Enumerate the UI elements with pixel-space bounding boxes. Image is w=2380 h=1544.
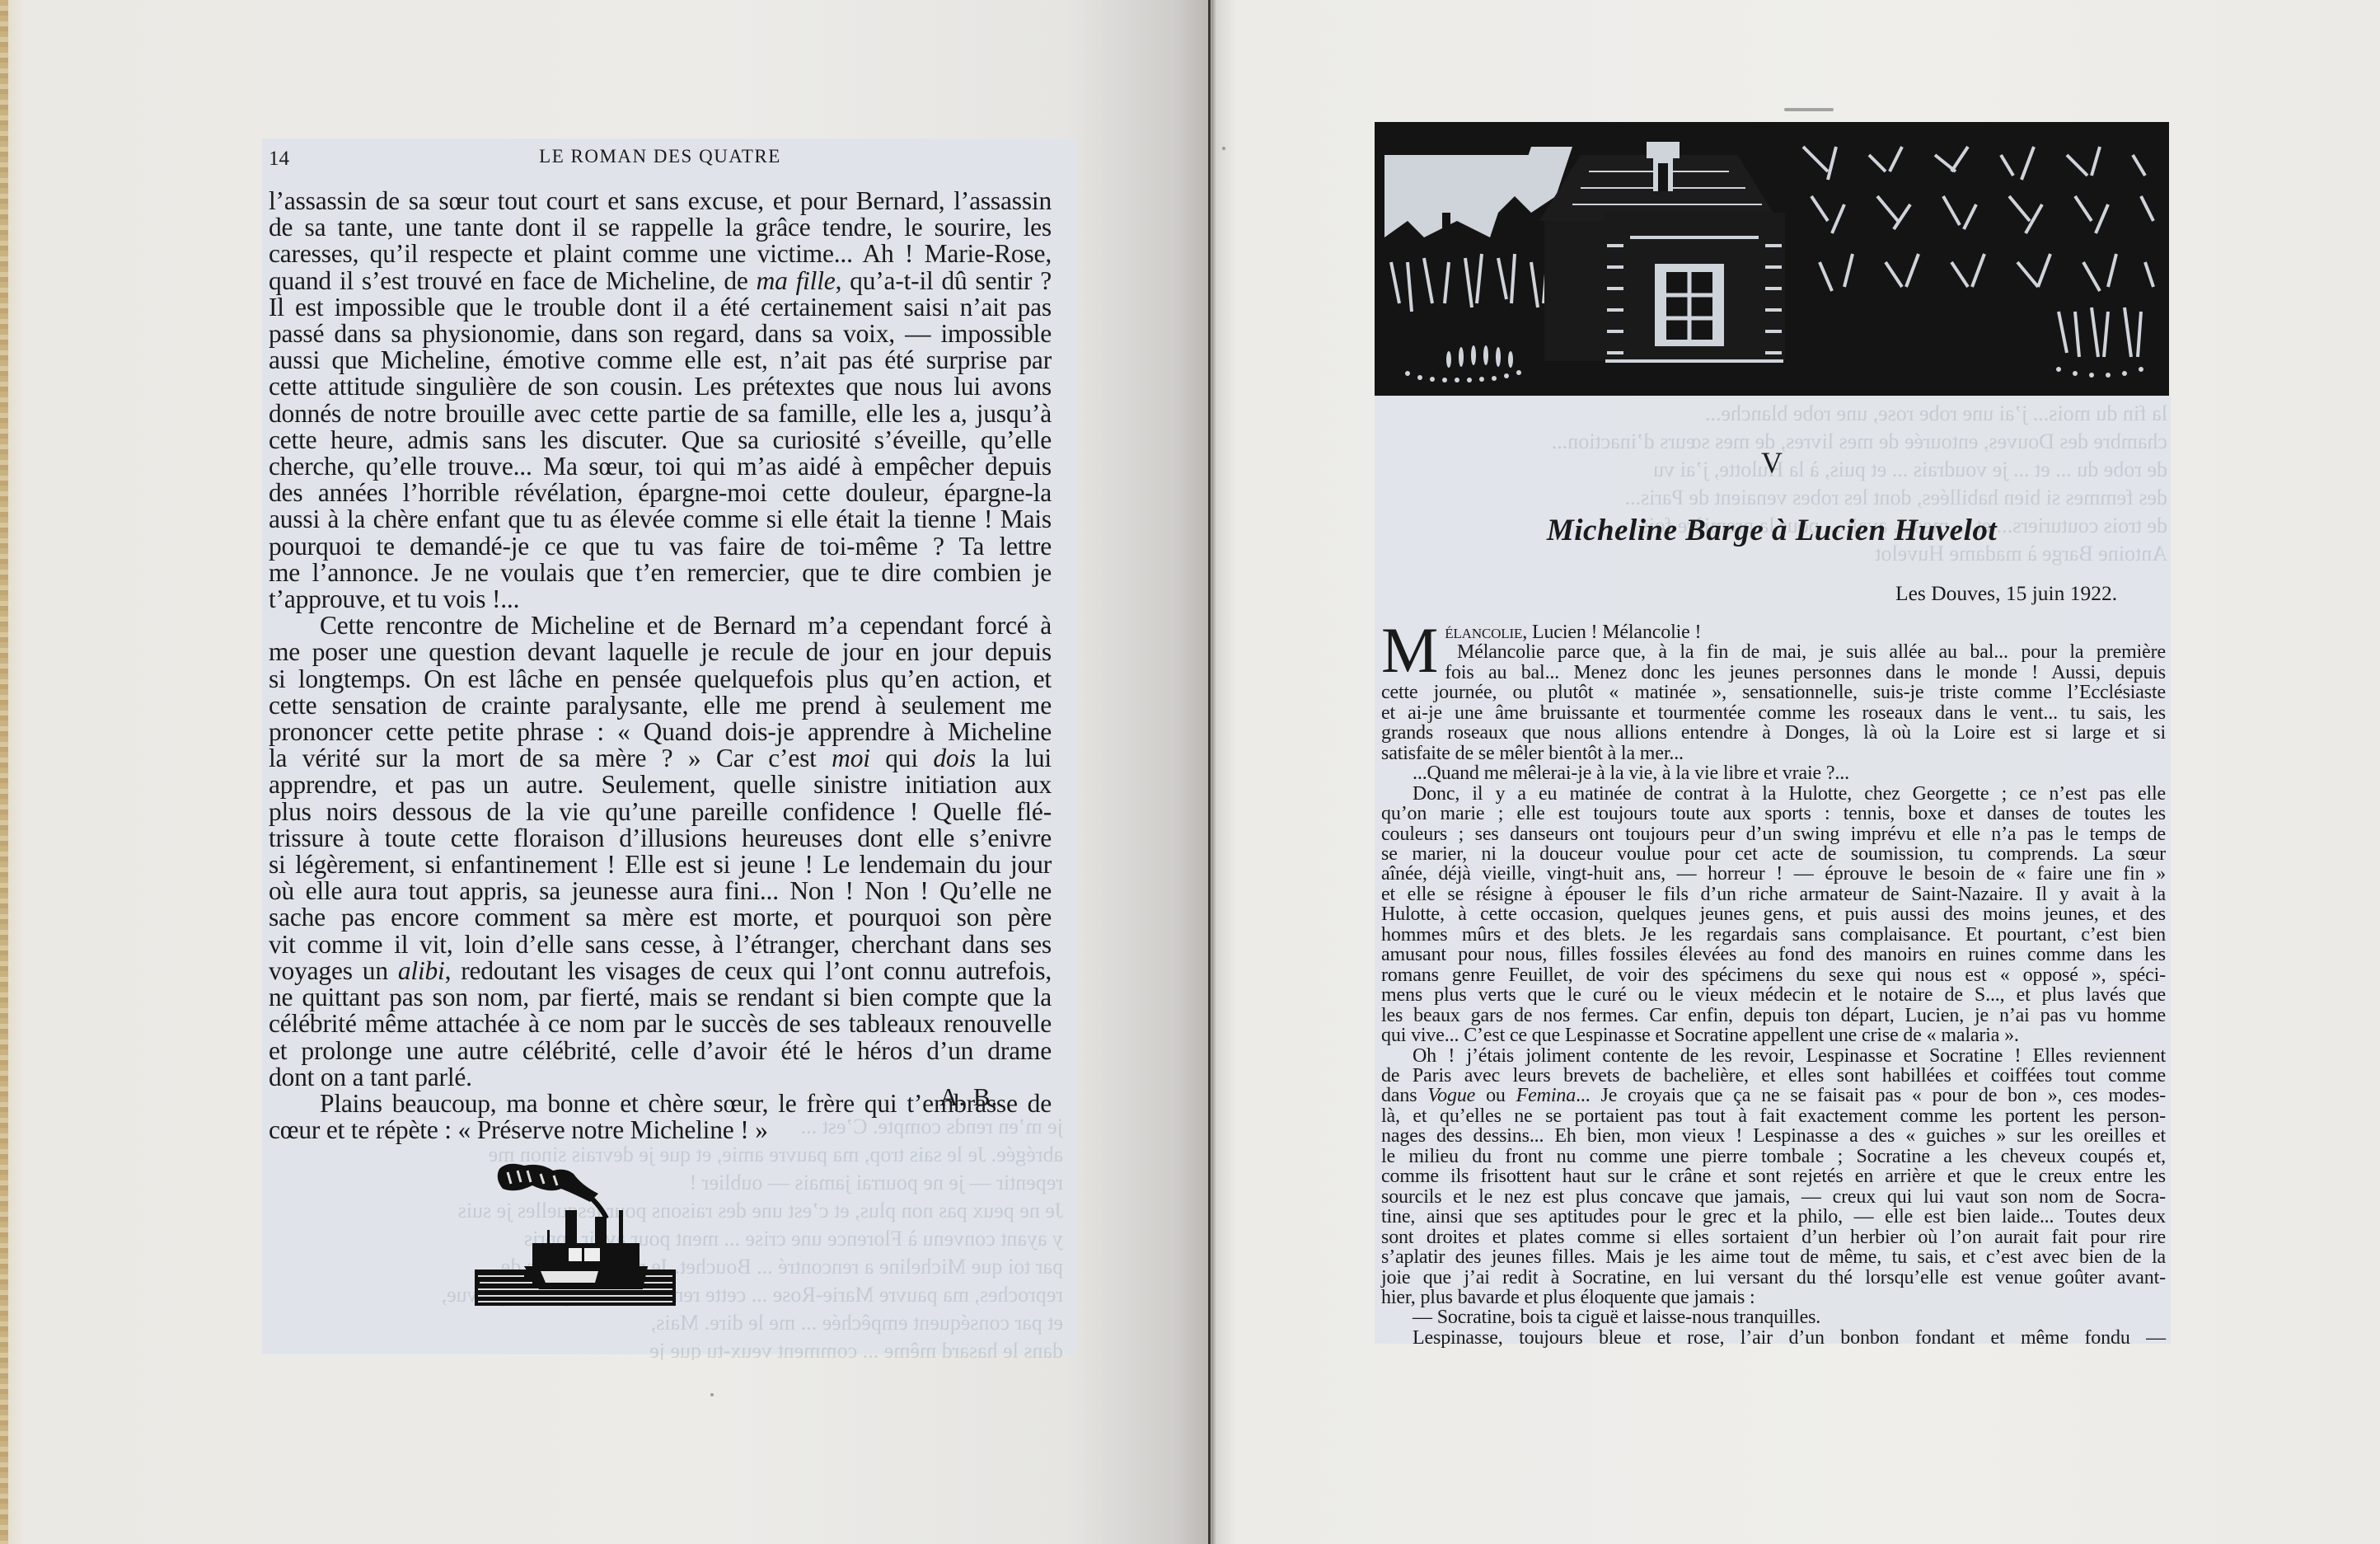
text-line: hommes mûrs et des blets. Je les regarda… [1381,925,2166,945]
right-show-through-text: la fin du mois... j’ai une robe rose, un… [1384,400,2167,598]
text-line: Plains beaucoup, ma bonne et chère sœur,… [269,1091,1052,1117]
drop-cap: M [1381,626,1438,675]
paragraph: Oh ! j’étais joliment contente de les re… [1381,1046,2166,1308]
text-line: sache pas encore comment sa mère est mor… [269,904,1052,931]
text-line: le milieu du front nu comme une pierre t… [1381,1147,2166,1166]
text-line: aussi à la chère enfant que tu as élevée… [269,506,1052,533]
italic-text: ma fille [757,266,836,295]
text-line: et prolonge une autre célébrité, celle d… [269,1038,1052,1064]
text-line: aussi que Micheline, émotive comme elle … [269,347,1052,373]
text-line: cette journée, ou plutôt « matinée », se… [1381,683,2166,702]
text-line: si longtemps. On est lâche en pensée que… [269,666,1052,692]
opening-smallcaps: élancolie [1445,622,1522,643]
signature: A. B. [939,1082,998,1112]
paragraph: Cette rencontre de Micheline et de Berna… [269,612,1052,1091]
paper-speck [710,1393,714,1396]
text-line: trissure à toute cette floraison d’illus… [269,825,1052,852]
text-line: les beaux gars de nos fermes. Car enfin,… [1381,1006,2166,1025]
text-line: Il est impossible que le trouble dont il… [269,294,1052,321]
scan-mark [1784,108,1834,111]
italic-text: dois [933,744,976,772]
italic-text: Vogue [1427,1085,1475,1106]
text-line: et ai-je une âme bruissante et tourmenté… [1381,703,2166,723]
paragraph: — Socratine, bois ta ciguë et laisse-nou… [1381,1307,2166,1327]
text-line: Lespinasse, toujours bleue et rose, l’ai… [1381,1328,2166,1348]
text-line: donnés de notre brouille avec cette part… [269,401,1052,427]
text-line: me poser une question devant laquelle je… [269,639,1052,665]
left-body-text: l’assassin de sa sœur tout court et sans… [269,188,1052,1143]
text-line: où elle aura tout appris, sa jeunesse au… [269,878,1052,904]
paragraph: Donc, il y a eu matinée de contrat à la … [1381,784,2166,1046]
gutter [1208,0,1211,1544]
text-line: vit comme il vit, loin d’elle sans cesse… [269,932,1052,958]
paragraph: Lespinasse, toujours bleue et rose, l’ai… [1381,1328,2166,1348]
running-head-title: LE ROMAN DES QUATRE [269,146,1052,167]
text-line: amusant pour nous, filles fossiles élevé… [1381,945,2166,964]
text-line: Donc, il y a eu matinée de contrat à la … [1381,784,2166,804]
text-line: pourquoi te demandé-je ce que tu vas fai… [269,533,1052,560]
text-line: la vérité sur la mort de sa mère ? » Car… [269,745,1052,772]
italic-text: alibi [398,956,445,985]
text-line: cette heure, admis sans les discuter. Qu… [269,427,1052,453]
text-line: cette sensation de crainte paralysante, … [269,692,1052,719]
book-spread: je m’en rends compte. C’est ... abrégée.… [0,0,2380,1544]
paragraph: Mélancolie parce que, à la fin de mai, j… [1381,642,2166,763]
text-line: l’assassin de sa sœur tout court et sans… [269,188,1052,214]
text-line: cœur et te répète : « Préserve notre Mic… [269,1117,1052,1143]
italic-text: Femina [1516,1085,1576,1106]
text-line: satisfaite de se mêler bientôt à la mer.… [1381,744,2166,763]
text-line: se marier, ni la douceur voulue pour cet… [1381,844,2166,864]
text-line: joie que j’ai redit à Socratine, en lui … [1381,1268,2166,1288]
text-line: grands roseaux que nous allions entendre… [1381,723,2166,743]
text-line: Cette rencontre de Micheline et de Berna… [269,612,1052,639]
text-line: couleurs ; ses danseurs ont toujours peu… [1381,824,2166,844]
text-line: romans genre Feuillet, de voir des spéci… [1381,965,2166,985]
text-line: ne quittant pas son nom, par fierté, mai… [269,984,1052,1011]
text-line: qui vive... C’est ce que Lespinasse et S… [1381,1025,2166,1045]
text-line: quand il s’est trouvé en face de Micheli… [269,268,1052,294]
house-illustration [1375,122,2169,396]
text-line: tine, ainsi que ses aptitudes pour le gr… [1381,1207,2166,1227]
paper-speck [1222,147,1225,150]
text-line: apprendre, et pas un autre. Seulement, q… [269,772,1052,798]
text-line: me l’annonce. Je ne voulais que t’en rem… [269,560,1052,586]
dateline: Les Douves, 15 juin 1922. [1895,581,2117,606]
paragraph: ...Quand me mêlerai-je à la vie, à la vi… [1381,763,2166,783]
text-line: passé dans sa physionomie, dans son rega… [269,321,1052,347]
text-line: nages des dessins... Eh bien, mon vieux … [1381,1126,2166,1146]
text-line: qu’on marie ; elle est toujours toute au… [1381,804,2166,824]
paragraph: Plains beaucoup, ma bonne et chère sœur,… [269,1091,1052,1143]
text-line: là, et qu’elles ne se portaient pas tout… [1381,1106,2166,1126]
text-line: Mélancolie parce que, à la fin de mai, j… [1381,642,2166,662]
text-line: voyages un alibi, redoutant les visages … [269,958,1052,984]
text-line: mens plus verts que le curé ou le vieux … [1381,985,2166,1005]
text-line: ...Quand me mêlerai-je à la vie, à la vi… [1381,763,2166,783]
text-line: célébrité même attachée à ce nom par le … [269,1011,1052,1037]
text-line: sourcils et le nez est plus concave que … [1381,1187,2166,1207]
steamship-illustration [475,1161,676,1306]
text-line: et elle se résigne à épouser le fils d’u… [1381,885,2166,904]
text-line: aînée, déjà vieille, vingt-huit ans, — h… [1381,864,2166,884]
text-line: hier, plus bavarde et plus éloquente que… [1381,1288,2166,1307]
text-line: de Paris avec leurs brevets de bachelièr… [1381,1066,2166,1086]
text-line: dont on a tant parlé. [269,1064,1052,1091]
text-line: fois au bal... Menez donc les jeunes per… [1381,663,2166,683]
text-line: cette attitude singulière de son cousin.… [269,373,1052,400]
text-line: cherche, qu’elle trouve... Ma sœur, toi … [269,453,1052,480]
deckle-edge [0,0,8,1544]
text-line: Oh ! j’étais joliment contente de les re… [1381,1046,2166,1066]
paragraph: l’assassin de sa sœur tout court et sans… [269,188,1052,612]
text-line: — Socratine, bois ta ciguë et laisse-nou… [1381,1307,2166,1327]
text-line: sont droites et plates comme si elles so… [1381,1227,2166,1247]
text-line: si légèrement, si enfantinement ! Elle e… [269,852,1052,878]
opening-line: Mélancolie, Lucien ! Mélancolie ! [1381,622,2166,642]
text-line: prononcer cette petite phrase : « Quand … [269,719,1052,745]
text-line: Hulotte, à cette occasion, quelques jeun… [1381,904,2166,924]
chapter-number: V [1368,445,2176,480]
text-line: des années l’horrible révélation, épargn… [269,480,1052,506]
text-line: de sa tante, une tante dont il se rappel… [269,214,1052,241]
letter-heading: Micheline Barge à Lucien Huvelot [1368,513,2176,548]
right-body-text: Mélancolie, Lucien ! Mélancolie ! Mélanc… [1381,622,2166,1348]
italic-text: moi [832,744,870,772]
text-line: t’approuve, et tu vois !... [269,586,1052,612]
text-line: s’aplatir des jeunes filles. Mais je les… [1381,1247,2166,1267]
text-line: comme ils frisottent haut sur le crâne e… [1381,1166,2166,1186]
text-line: plus noirs dessous de la vie qu’une pare… [269,799,1052,825]
opening-rest: , Lucien ! Mélancolie ! [1522,622,1701,643]
text-line: caresses, qu’il respecte et plaint comme… [269,241,1052,267]
text-line: dans Vogue ou Femina... Je croyais que ç… [1381,1086,2166,1105]
